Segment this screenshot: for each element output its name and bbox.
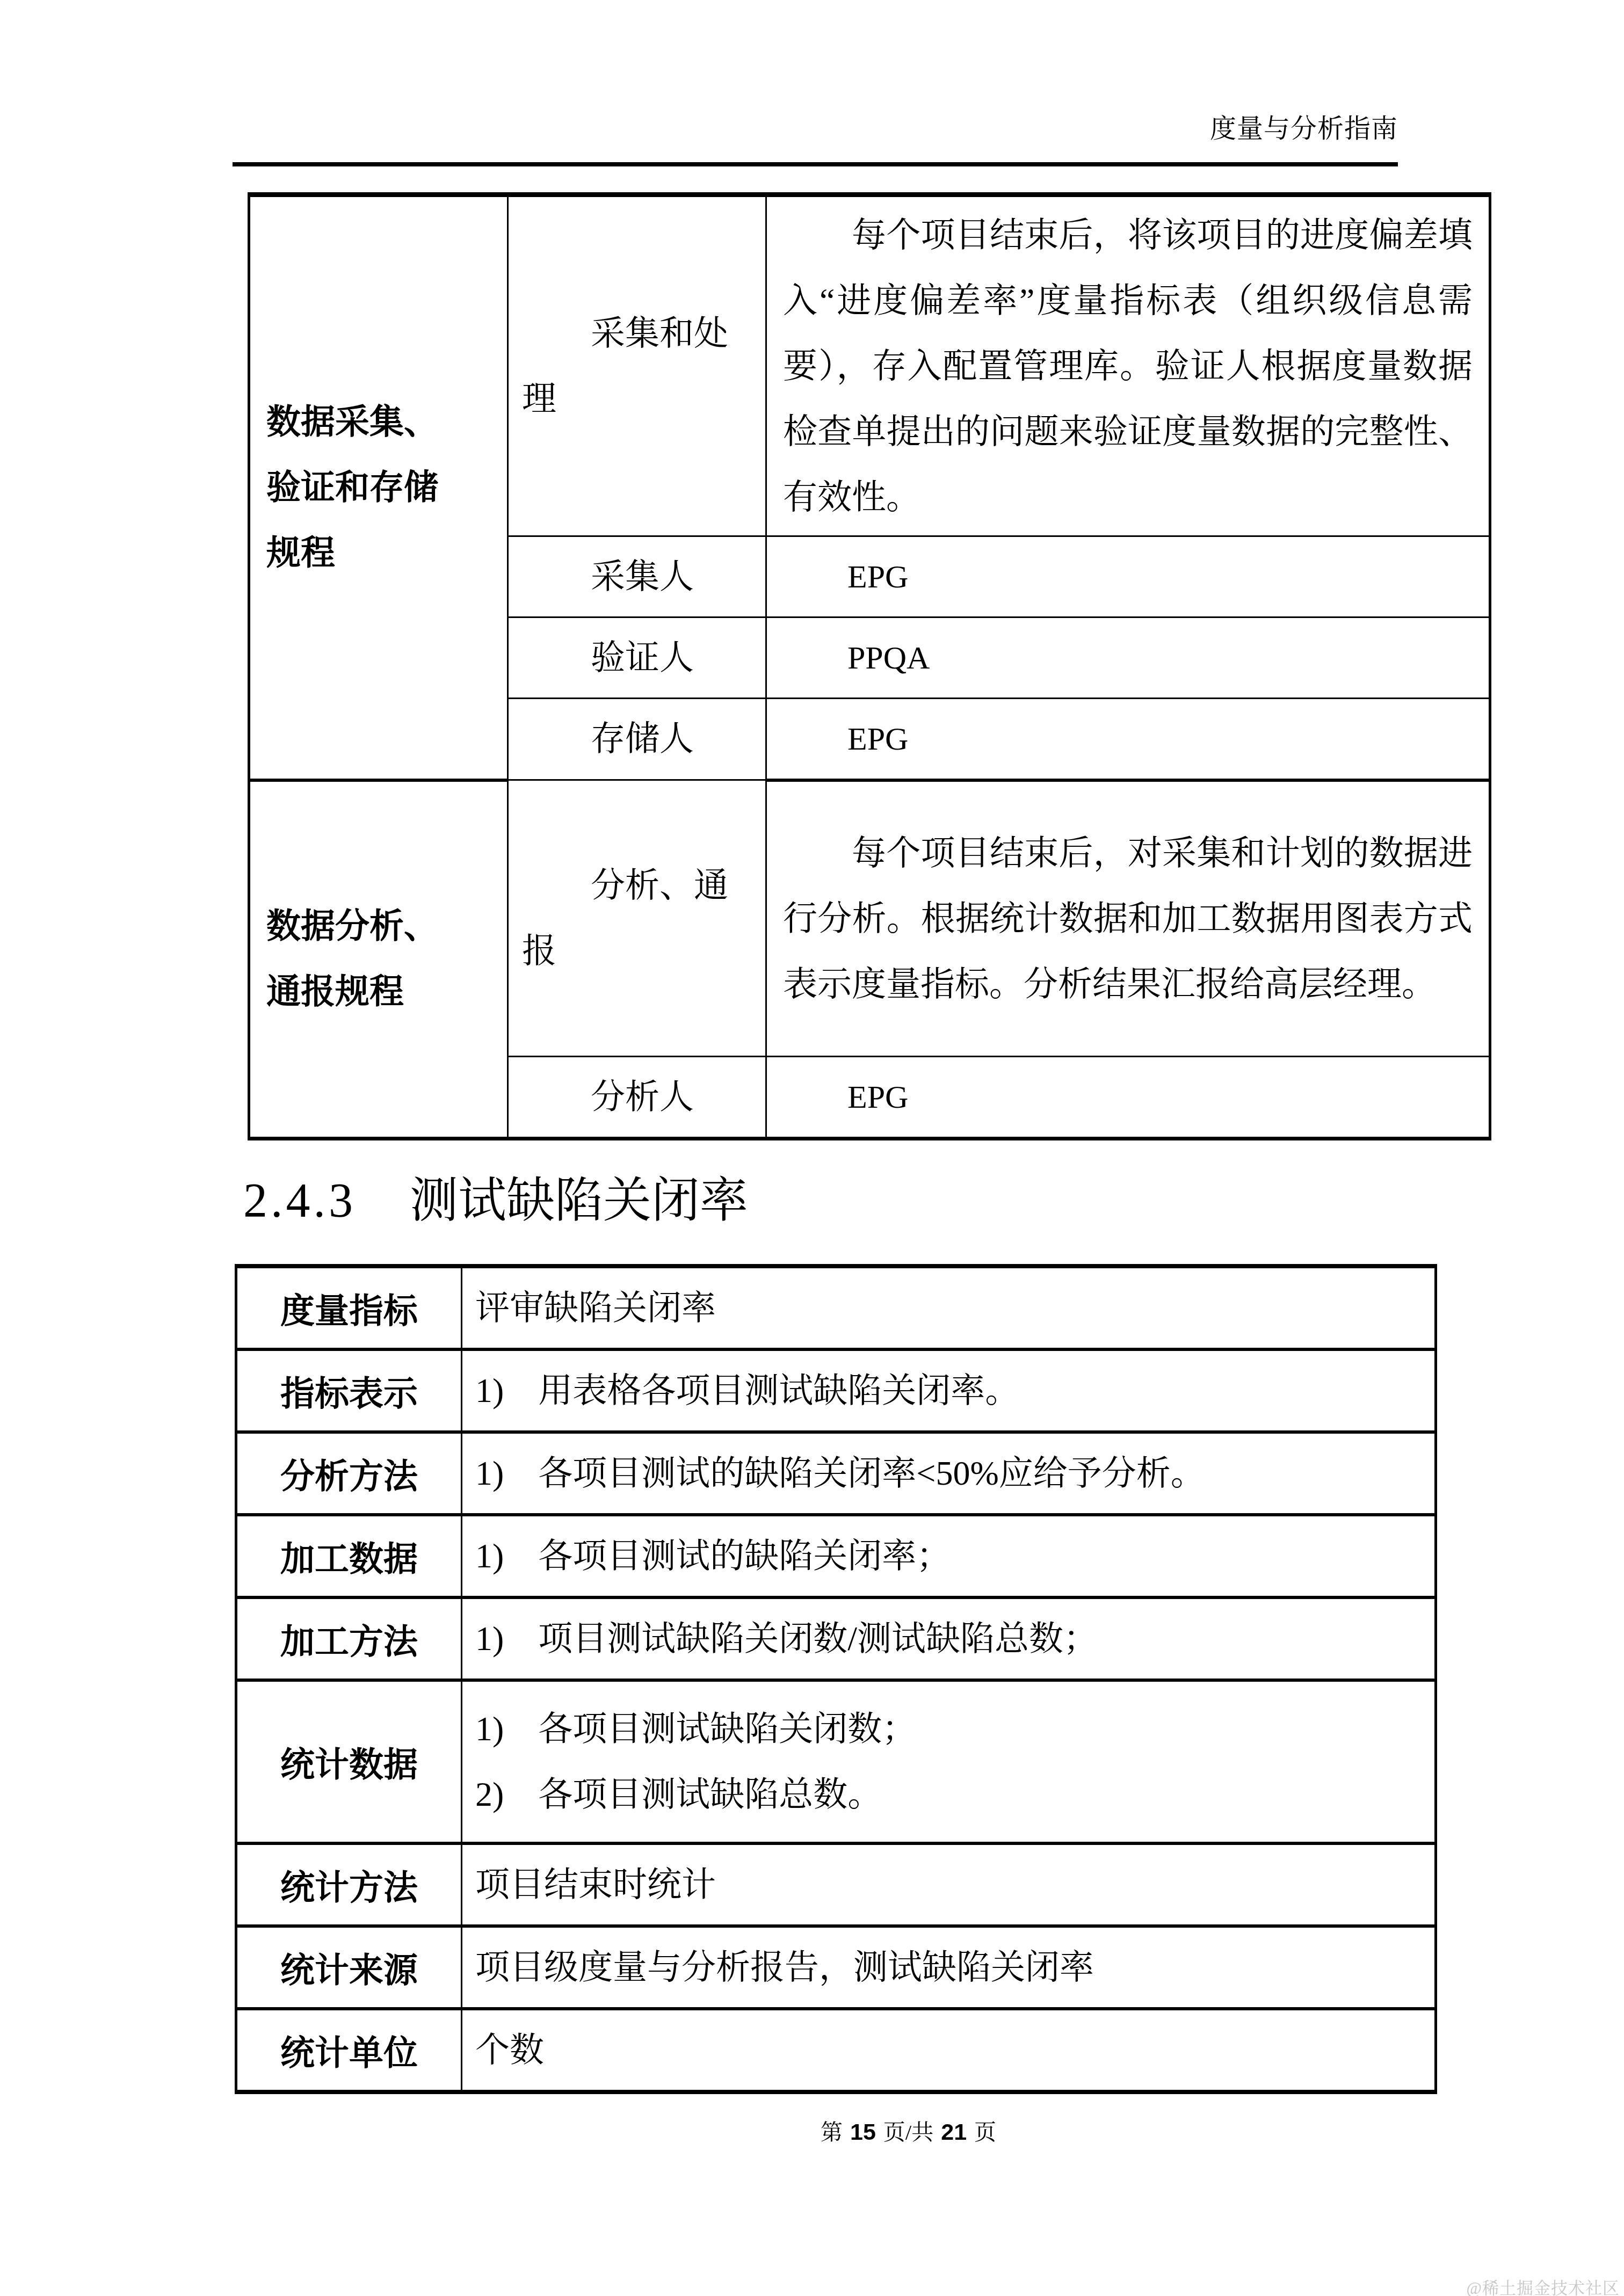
table-row: 统计方法 项目结束时统计 — [236, 1843, 1436, 1926]
table-row: 统计单位 个数 — [236, 2009, 1436, 2092]
table-row: 数据采集、验证和存储规程 采集和处理 每个项目结束后，将该项目的进度偏差填入“进… — [249, 194, 1490, 536]
footer-suffix: 页 — [974, 2120, 996, 2145]
t2-value-metric: 评审缺陷关闭率 — [462, 1266, 1436, 1349]
t1-cell-analysis-sub: 分析、通报 — [508, 780, 766, 1057]
t1-cell-storer-value: EPG — [766, 698, 1490, 780]
t2-value-line: 2) 各项目测试缺陷总数。 — [475, 1762, 1422, 1827]
t1-cell-collection-desc: 每个项目结束后，将该项目的进度偏差填入“进度偏差率”度量指标表（组织级信息需要）… — [766, 194, 1490, 536]
t1-cell-collection-sub: 采集和处理 — [508, 194, 766, 536]
table-row: 指标表示 1) 用表格各项目测试缺陷关闭率。 — [236, 1349, 1436, 1432]
t2-label-processed-data: 加工数据 — [236, 1515, 462, 1597]
footer-page-number: 15 — [850, 2119, 876, 2145]
t2-value-statistics-data: 1) 各项目测试缺陷关闭数； 2) 各项目测试缺陷总数。 — [462, 1680, 1436, 1843]
t2-value-line: 1) 项目测试缺陷关闭数/测试缺陷总数； — [475, 1606, 1422, 1672]
watermark: @稀土掘金技术社区 — [1466, 2275, 1620, 2296]
metric-table: 度量指标 评审缺陷关闭率 指标表示 1) 用表格各项目测试缺陷关闭率。 分析方法… — [235, 1264, 1437, 2094]
t2-value-line: 个数 — [475, 2017, 1422, 2083]
t2-value-processing-method: 1) 项目测试缺陷关闭数/测试缺陷总数； — [462, 1597, 1436, 1680]
t1-collection-label-text: 数据采集、验证和存储规程 — [266, 389, 455, 586]
t2-value-line: 1) 用表格各项目测试缺陷关闭率。 — [475, 1358, 1422, 1423]
t1-analysis-label-text: 数据分析、通报规程 — [266, 893, 455, 1025]
t2-value-representation: 1) 用表格各项目测试缺陷关闭率。 — [462, 1349, 1436, 1432]
t1-cell-analyst-value: EPG — [766, 1056, 1490, 1138]
section-number: 2.4.3 — [243, 1174, 356, 1227]
document-page: 度量与分析指南 数据采集、验证和存储规程 采集和处理 每个项目结束后，将该项目的… — [0, 0, 1624, 2296]
t2-value-line: 项目结束时统计 — [475, 1852, 1422, 1917]
footer-total-pages: 21 — [941, 2119, 967, 2145]
t2-value-line: 1) 各项目测试缺陷关闭数； — [475, 1696, 1422, 1762]
t2-label-statistics-data: 统计数据 — [236, 1680, 462, 1843]
t1-cell-storer-label: 存储人 — [508, 698, 766, 780]
t2-label-statistics-unit: 统计单位 — [236, 2009, 462, 2092]
t1-cell-analysis-desc: 每个项目结束后，对采集和计划的数据进行分析。根据统计数据和加工数据用图表方式表示… — [766, 780, 1490, 1057]
footer-middle: 页/共 — [883, 2120, 933, 2145]
t2-label-analysis-method: 分析方法 — [236, 1432, 462, 1515]
doc-header-title: 度量与分析指南 — [1210, 114, 1398, 143]
table-row: 加工方法 1) 项目测试缺陷关闭数/测试缺陷总数； — [236, 1597, 1436, 1680]
table-row: 加工数据 1) 各项目测试的缺陷关闭率； — [236, 1515, 1436, 1597]
table-row: 统计数据 1) 各项目测试缺陷关闭数； 2) 各项目测试缺陷总数。 — [236, 1680, 1436, 1843]
doc-header: 度量与分析指南 — [233, 0, 1398, 146]
page-content: 度量与分析指南 数据采集、验证和存储规程 采集和处理 每个项目结束后，将该项目的… — [233, 0, 1398, 2094]
table-row: 统计来源 项目级度量与分析报告，测试缺陷关闭率 — [236, 1926, 1436, 2009]
t2-label-statistics-method: 统计方法 — [236, 1843, 462, 1926]
t2-value-line: 评审缺陷关闭率 — [475, 1275, 1422, 1341]
t2-value-line: 1) 各项目测试的缺陷关闭率<50%应给予分析。 — [475, 1441, 1422, 1506]
table-row: 度量指标 评审缺陷关闭率 — [236, 1266, 1436, 1349]
t2-value-processed-data: 1) 各项目测试的缺陷关闭率； — [462, 1515, 1436, 1597]
t1-cell-analysis-label: 数据分析、通报规程 — [249, 780, 508, 1139]
section-heading: 2.4.3测试缺陷关闭率 — [243, 1169, 1398, 1233]
page-footer: 第15页/共21页 — [821, 2115, 996, 2146]
footer-prefix: 第 — [821, 2120, 843, 2145]
t2-label-statistics-source: 统计来源 — [236, 1926, 462, 2009]
t2-label-representation: 指标表示 — [236, 1349, 462, 1432]
header-rule — [233, 162, 1398, 166]
table-row: 分析方法 1) 各项目测试的缺陷关闭率<50%应给予分析。 — [236, 1432, 1436, 1515]
t2-value-statistics-method: 项目结束时统计 — [462, 1843, 1436, 1926]
t1-cell-verifier-value: PPQA — [766, 617, 1490, 698]
t2-value-analysis-method: 1) 各项目测试的缺陷关闭率<50%应给予分析。 — [462, 1432, 1436, 1515]
table-row: 数据分析、通报规程 分析、通报 每个项目结束后，对采集和计划的数据进行分析。根据… — [249, 780, 1490, 1057]
section-title: 测试缺陷关闭率 — [410, 1174, 748, 1227]
t2-label-metric: 度量指标 — [236, 1266, 462, 1349]
t2-value-line: 项目级度量与分析报告，测试缺陷关闭率 — [475, 1935, 1422, 2000]
t2-label-processing-method: 加工方法 — [236, 1597, 462, 1680]
t2-value-statistics-source: 项目级度量与分析报告，测试缺陷关闭率 — [462, 1926, 1436, 2009]
t1-cell-analyst-label: 分析人 — [508, 1056, 766, 1138]
t2-value-line: 1) 各项目测试的缺陷关闭率； — [475, 1523, 1422, 1589]
procedure-table: 数据采集、验证和存储规程 采集和处理 每个项目结束后，将该项目的进度偏差填入“进… — [248, 192, 1491, 1140]
t1-cell-collection-label: 数据采集、验证和存储规程 — [249, 194, 508, 780]
t1-cell-collector-value: EPG — [766, 536, 1490, 617]
t1-cell-verifier-label: 验证人 — [508, 617, 766, 698]
t2-value-statistics-unit: 个数 — [462, 2009, 1436, 2092]
t1-cell-collector-label: 采集人 — [508, 536, 766, 617]
